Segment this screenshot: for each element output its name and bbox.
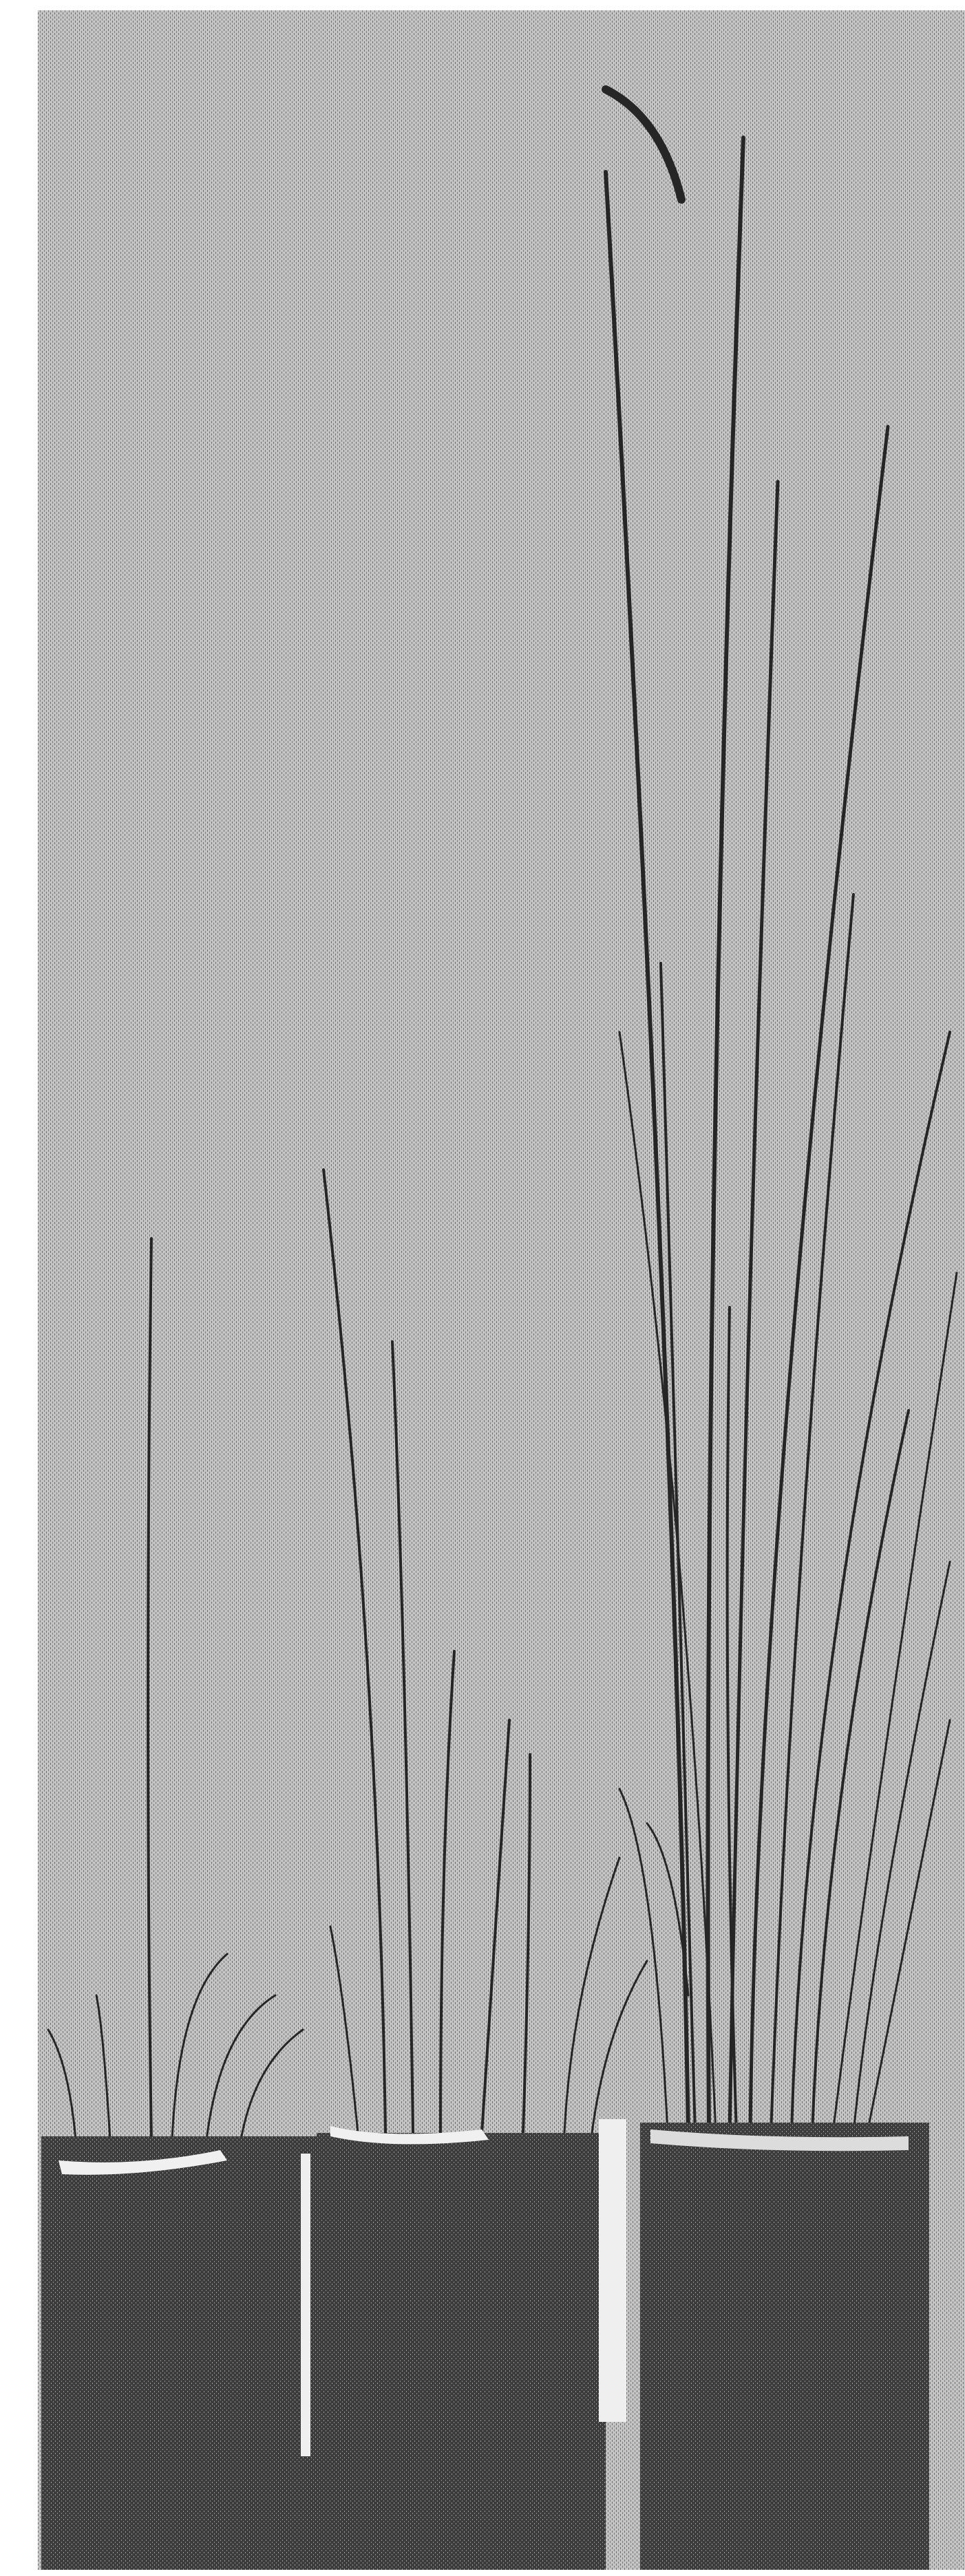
pot-divider-left xyxy=(301,2154,310,2456)
pot-right xyxy=(640,2123,929,2570)
pot-divider-right xyxy=(599,2119,626,2422)
pots xyxy=(41,2119,929,2570)
pot-left xyxy=(41,2136,317,2570)
pot-middle xyxy=(317,2133,606,2570)
grass-pots-photo xyxy=(0,0,965,2576)
